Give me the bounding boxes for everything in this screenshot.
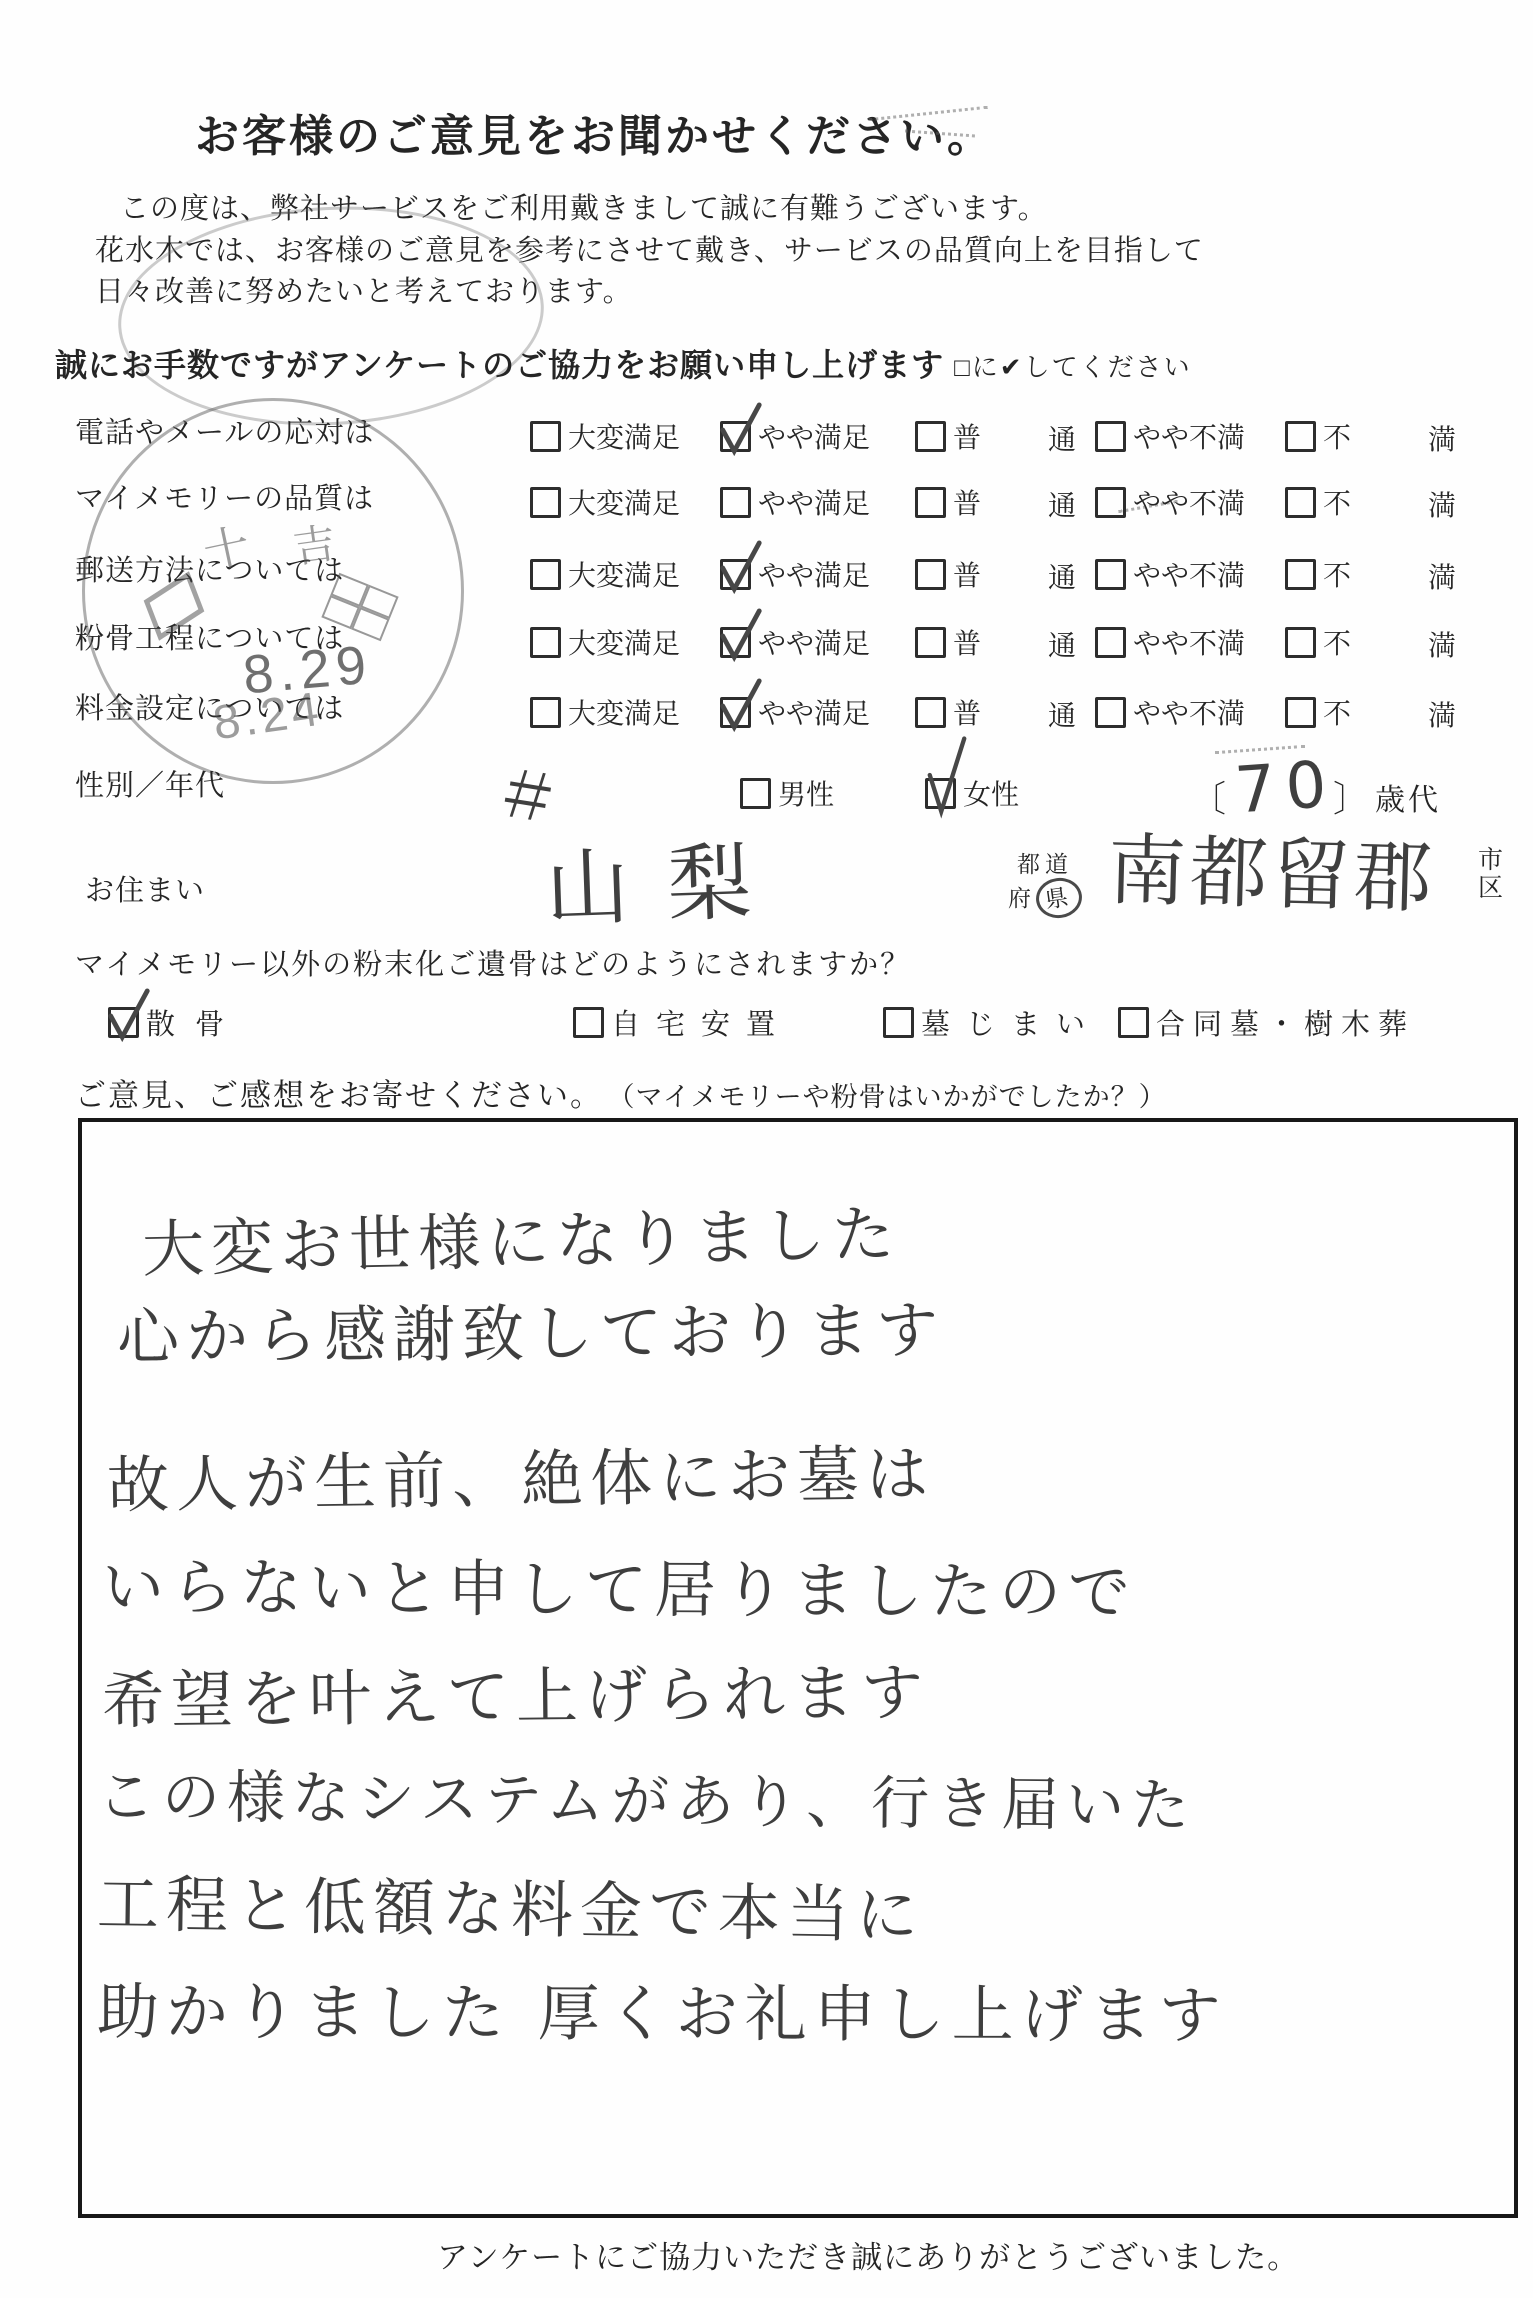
checkbox-very-satisfied[interactable]: [530, 421, 561, 452]
option-very-satisfied: 大変満足: [530, 554, 680, 594]
option-very-satisfied: 大変満足: [530, 482, 680, 522]
ward-label: 区: [1478, 874, 1503, 902]
option-label: やや満足: [758, 482, 870, 522]
option-label: 男性: [778, 773, 834, 813]
option-somewhat-satisfied: やや満足: [720, 482, 870, 522]
residence-row: お住まい 山梨 都道 府県 南都留郡 市 区: [85, 862, 1533, 952]
option-label-normal-2: 通: [1048, 484, 1076, 524]
checkbox-unsatisfied[interactable]: [1285, 421, 1316, 452]
checkbox-female[interactable]: [925, 778, 956, 809]
option-label: 普: [953, 482, 981, 522]
todoufuken-top: 都道: [1017, 851, 1073, 877]
option-sankotsu: 散骨: [108, 1002, 244, 1043]
handwritten-comment-line: 希望を叶えて上げられます: [102, 1643, 931, 1741]
instruction-note: □に✔してください: [954, 347, 1192, 384]
option-somewhat-satisfied: やや満足: [720, 622, 870, 662]
checkbox-jitaku-anchi[interactable]: [573, 1007, 604, 1038]
checkbox-unsatisfied[interactable]: [1285, 697, 1316, 728]
option-label: やや満足: [758, 692, 870, 732]
handwritten-district: 南都留郡: [1107, 808, 1438, 929]
option-somewhat-satisfied: やや満足: [720, 692, 870, 732]
option-label: 大変満足: [568, 482, 680, 522]
handwritten-prefecture: 山梨: [543, 814, 791, 943]
option-female: 女性: [925, 773, 1019, 813]
handwritten-comment-line: 助かりました 厚くお礼申し上げます: [97, 1962, 1228, 2055]
comments-prompt: ご意見、ご感想をお寄せください。 （マイメモリーや粉骨はいかがでしたか？）: [75, 1070, 1167, 1115]
stamp-character: 十: [197, 509, 256, 583]
checkbox-somewhat-satisfied[interactable]: [720, 487, 751, 518]
option-label-unsatisfied-2: 満: [1428, 556, 1456, 596]
option-very-satisfied: 大変満足: [530, 692, 680, 732]
checkbox-normal[interactable]: [915, 421, 946, 452]
stamp-time: 8.24: [210, 682, 326, 752]
option-label: やや満足: [758, 554, 870, 594]
comment-box: 大変お世様になりました 心から感謝致しております 故人が生前、絶体にお墓は いら…: [78, 1118, 1518, 2218]
option-label: 合同墓・樹木葬: [1156, 1002, 1415, 1043]
checkbox-normal[interactable]: [915, 697, 946, 728]
option-somewhat-unsatisfied: やや不満: [1095, 622, 1245, 662]
option-very-satisfied: 大変満足: [530, 622, 680, 662]
option-male: 男性: [740, 773, 834, 813]
disposal-question: マイメモリー以外の粉末化ご遺骨はどのようにされますか？: [75, 942, 911, 983]
option-somewhat-unsatisfied: やや不満: [1095, 692, 1245, 732]
checkbox-somewhat-unsatisfied[interactable]: [1095, 627, 1126, 658]
option-label-normal-2: 通: [1048, 694, 1076, 734]
gender-age-label: 性別／年代: [75, 765, 225, 807]
option-unsatisfied: 不: [1285, 692, 1351, 732]
option-somewhat-unsatisfied: やや不満: [1095, 416, 1245, 456]
checkbox-somewhat-satisfied[interactable]: [720, 421, 751, 452]
handwritten-comment-line: 大変お世様になりました: [141, 1184, 902, 1289]
option-normal: 普: [915, 416, 981, 456]
checkbox-goudoubo-jumokusou[interactable]: [1118, 1007, 1149, 1038]
checkbox-sankotsu[interactable]: [108, 1007, 139, 1038]
option-normal: 普: [915, 554, 981, 594]
checkbox-somewhat-satisfied[interactable]: [720, 559, 751, 590]
option-label: 不: [1323, 482, 1351, 522]
checkbox-unsatisfied[interactable]: [1285, 627, 1316, 658]
circled-ken: 県: [1033, 875, 1084, 921]
option-very-satisfied: 大変満足: [530, 416, 680, 456]
option-label-unsatisfied-2: 満: [1428, 624, 1456, 664]
option-normal: 普: [915, 692, 981, 732]
option-label: やや不満: [1133, 554, 1245, 594]
option-hakajimai: 墓じまい: [883, 1002, 1101, 1043]
city-label: 市: [1478, 846, 1503, 874]
check-mark-icon: [715, 536, 765, 596]
option-unsatisfied: 不: [1285, 622, 1351, 662]
option-label: 普: [953, 416, 981, 456]
option-label: 普: [953, 554, 981, 594]
checkbox-very-satisfied[interactable]: [530, 697, 561, 728]
option-label: 不: [1323, 622, 1351, 662]
checkbox-somewhat-satisfied[interactable]: [720, 697, 751, 728]
checkbox-male[interactable]: [740, 778, 771, 809]
page-title: お客様のご意見をお聞かせください。: [195, 100, 994, 164]
checkbox-normal[interactable]: [915, 627, 946, 658]
handwritten-comment-line: いらないと申して居りましたので: [102, 1537, 1137, 1631]
checkbox-normal[interactable]: [915, 559, 946, 590]
disposal-options-row: 散骨 自宅安置 墓じまい 合同墓・樹木葬: [0, 998, 1455, 1042]
stamp-character: 吉: [289, 510, 339, 575]
postmark-date-stamp: 十 吉 8.29 8.24: [82, 398, 464, 784]
option-unsatisfied: 不: [1285, 554, 1351, 594]
option-label: 自宅安置: [611, 1002, 791, 1043]
option-somewhat-satisfied: やや満足: [720, 416, 870, 456]
checkbox-somewhat-unsatisfied[interactable]: [1095, 487, 1126, 518]
option-label: 大変満足: [568, 622, 680, 662]
option-unsatisfied: 不: [1285, 482, 1351, 522]
scanned-survey-form: お客様のご意見をお聞かせください。 この度は、弊社サービスをご利用戴きまして誠に…: [0, 0, 1533, 2298]
checkbox-unsatisfied[interactable]: [1285, 487, 1316, 518]
option-label-unsatisfied-2: 満: [1428, 694, 1456, 734]
option-normal: 普: [915, 482, 981, 522]
todoufuken-bottom-1: 府: [1008, 885, 1036, 911]
residence-label: お住まい: [85, 870, 205, 912]
checkbox-normal[interactable]: [915, 487, 946, 518]
age-suffix: 歳代: [1375, 775, 1441, 819]
option-label: やや不満: [1133, 482, 1245, 522]
option-label-normal-2: 通: [1048, 418, 1076, 458]
option-label-normal-2: 通: [1048, 624, 1076, 664]
handwritten-comment-line: 心から感謝致しております: [117, 1280, 946, 1376]
checkbox-very-satisfied[interactable]: [530, 627, 561, 658]
option-label: やや不満: [1133, 416, 1245, 456]
option-label: 不: [1323, 554, 1351, 594]
check-mark-icon: [715, 398, 765, 458]
option-label: 大変満足: [568, 692, 680, 732]
stamp-grid-mark: [321, 573, 398, 641]
option-label: 大変満足: [568, 554, 680, 594]
option-label: 女性: [963, 773, 1019, 813]
check-mark-icon: [715, 674, 765, 734]
option-label-unsatisfied-2: 満: [1428, 418, 1456, 458]
comments-prompt-note: （マイメモリーや粉骨はいかがでしたか？）: [607, 1082, 1166, 1112]
option-label: やや満足: [758, 416, 870, 456]
comments-prompt-main: ご意見、ご感想をお寄せください。: [75, 1078, 603, 1113]
checkbox-somewhat-unsatisfied[interactable]: [1095, 697, 1126, 728]
checkbox-somewhat-unsatisfied[interactable]: [1095, 421, 1126, 452]
option-unsatisfied: 不: [1285, 416, 1351, 456]
checkbox-hakajimai[interactable]: [883, 1007, 914, 1038]
option-somewhat-unsatisfied: やや不満: [1095, 554, 1245, 594]
option-label: 不: [1323, 692, 1351, 732]
option-label: 散骨: [146, 1002, 244, 1043]
handwritten-comment-line: この様なシステムがあり、行き届いた: [97, 1749, 1197, 1843]
checkbox-somewhat-unsatisfied[interactable]: [1095, 559, 1126, 590]
option-label-unsatisfied-2: 満: [1428, 484, 1456, 524]
option-label: 普: [953, 692, 981, 732]
check-mark-icon: [924, 731, 970, 819]
stamp-ink-blob: [144, 571, 205, 640]
footer-thanks: アンケートにご協力いただき誠にありがとうございました。: [437, 2232, 1299, 2277]
option-label: 墓じまい: [921, 1002, 1101, 1043]
option-label: 普: [953, 622, 981, 662]
city-ward-stack: 市 区: [1478, 846, 1503, 902]
checkbox-unsatisfied[interactable]: [1285, 559, 1316, 590]
check-mark-icon: [103, 984, 153, 1044]
option-somewhat-unsatisfied: やや不満: [1095, 482, 1245, 522]
instruction-line: 誠にお手数ですがアンケートのご協力をお願い申し上げます □に✔してください: [55, 340, 1192, 386]
option-label: やや不満: [1133, 622, 1245, 662]
prefecture-suffix-stack: 都道 府県: [1008, 850, 1082, 918]
check-mark-icon: [715, 604, 765, 664]
option-label: 不: [1323, 416, 1351, 456]
handwritten-comment-line: 工程と低額な料金で本当に: [96, 1854, 925, 1955]
option-somewhat-satisfied: やや満足: [720, 554, 870, 594]
instruction-main: 誠にお手数ですがアンケートのご協力をお願い申し上げます: [55, 340, 944, 386]
option-label: 大変満足: [568, 416, 680, 456]
checkbox-somewhat-satisfied[interactable]: [720, 627, 751, 658]
checkbox-very-satisfied[interactable]: [530, 487, 561, 518]
option-label-normal-2: 通: [1048, 556, 1076, 596]
option-label: やや満足: [758, 622, 870, 662]
option-label: やや不満: [1133, 692, 1245, 732]
checkbox-very-satisfied[interactable]: [530, 559, 561, 590]
option-goudoubo-jumokusou: 合同墓・樹木葬: [1118, 1002, 1415, 1043]
option-jitaku-anchi: 自宅安置: [573, 1002, 791, 1043]
handwritten-comment-line: 故人が生前、絶体にお墓は: [106, 1424, 935, 1525]
option-normal: 普: [915, 622, 981, 662]
